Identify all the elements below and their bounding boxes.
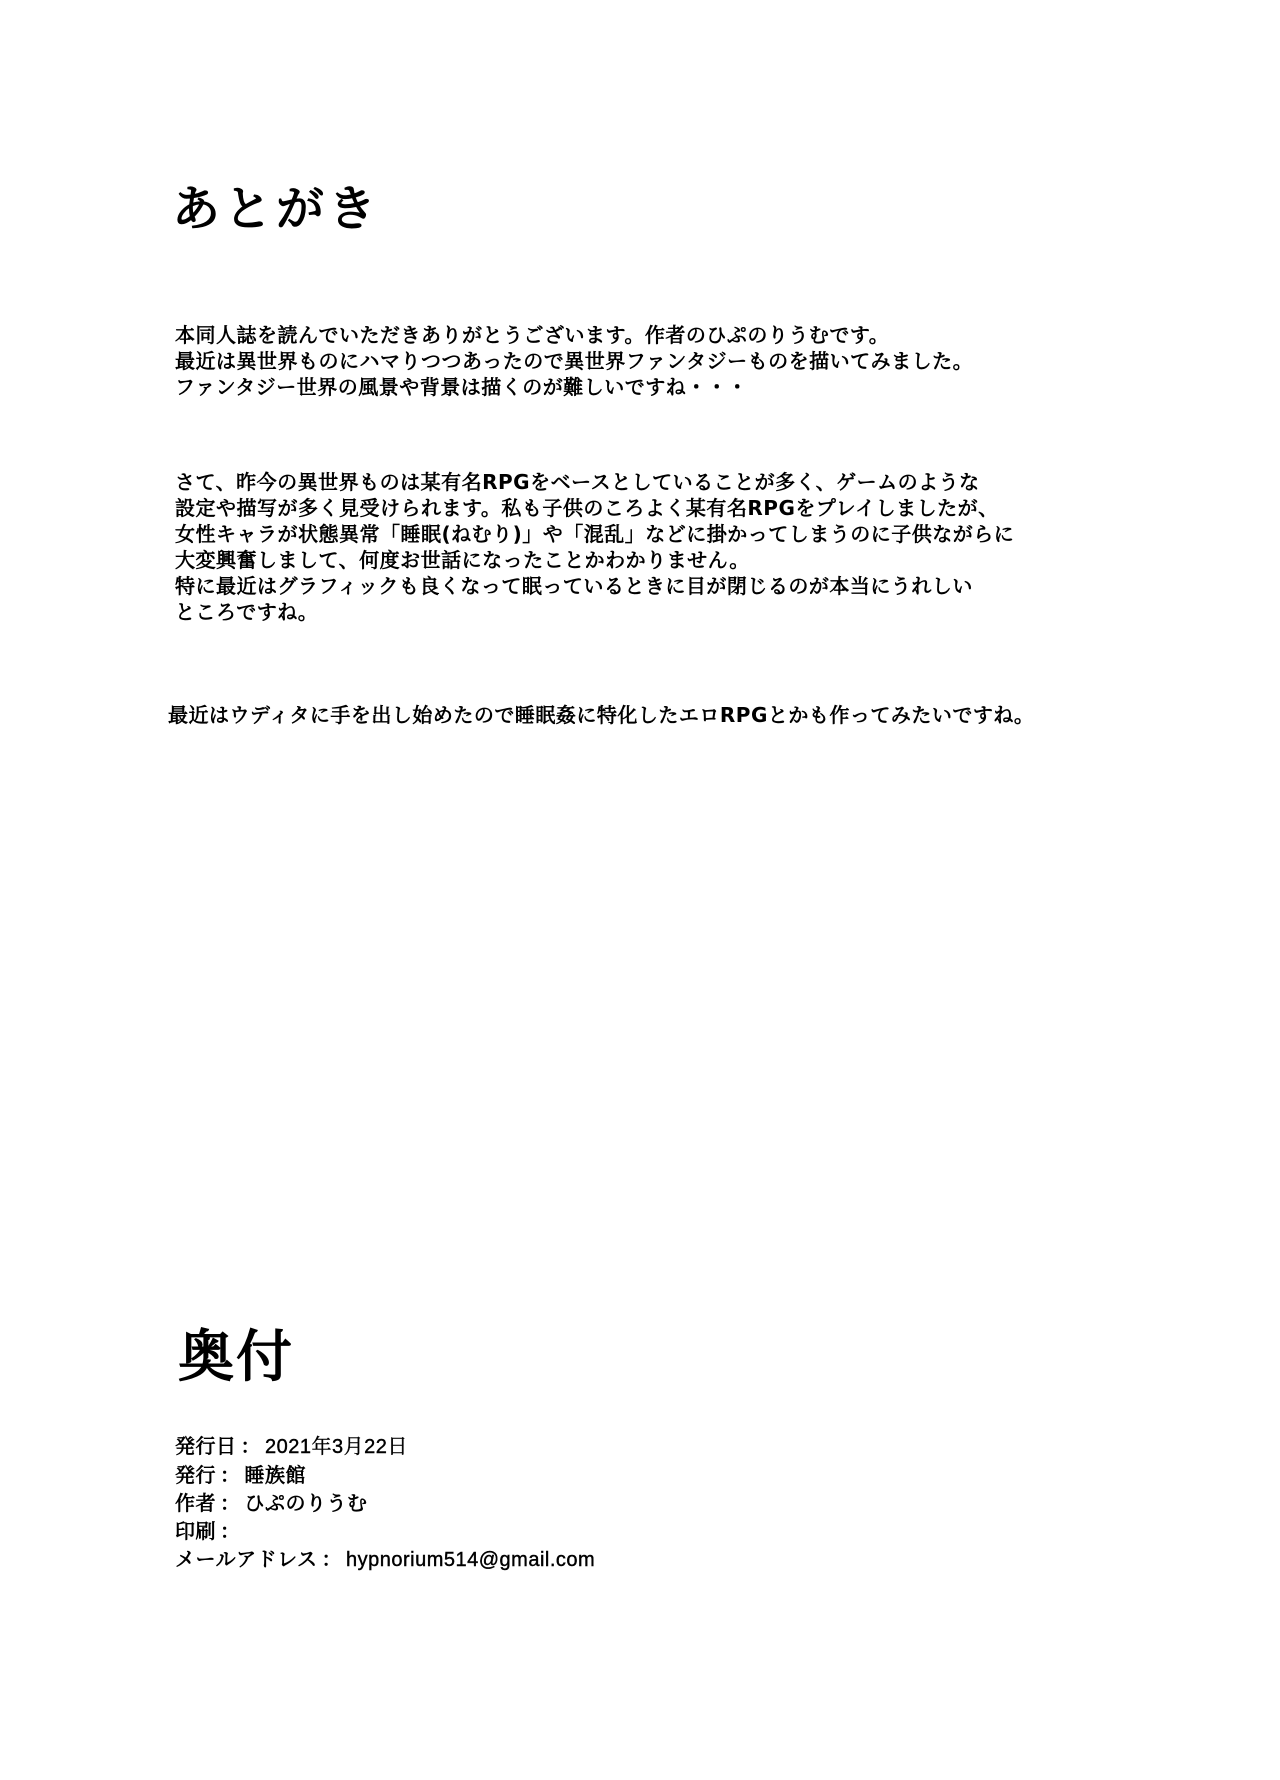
email-address: hypnorium514@gmail.com: [346, 1549, 595, 1571]
afterword-heading: あとがき: [172, 185, 380, 233]
text-line: ファンタジー世界の風景や背景は描くのが難しいですね・・・: [175, 374, 973, 400]
text-line: 本同人誌を読んでいただきありがとうございます。作者のひぷのりうむです。: [175, 322, 973, 348]
colophon-row-printer: 印刷：: [175, 1517, 595, 1545]
text-line: ところですね。: [175, 599, 1014, 625]
colophon-row-email: メールアドレス：hypnorium514@gmail.com: [175, 1545, 595, 1574]
afterword-paragraph-closing: 最近はウディタに手を出し始めたので睡眠姦に特化したエロRPGとかも作ってみたいで…: [168, 702, 1034, 728]
colophon-separator: ：: [220, 1517, 241, 1545]
text-line: さて、昨今の異世界ものは某有名RPGをベースとしていることが多く、ゲームのような: [175, 469, 1014, 495]
text-line: 最近は異世界ものにハマりつつあったので異世界ファンタジーものを描いてみました。: [175, 348, 973, 374]
colophon-value: 睡族館: [245, 1463, 307, 1487]
colophon-label: メールアドレス: [175, 1547, 318, 1571]
colophon-separator: ：: [220, 1461, 241, 1489]
colophon-details: 発行日：2021年3月22日 発行：睡族館 作者：ひぷのりうむ 印刷： メールア…: [175, 1432, 595, 1574]
colophon-row-publisher: 発行：睡族館: [175, 1461, 595, 1489]
colophon-separator: ：: [241, 1432, 262, 1460]
afterword-paragraph-rpg: さて、昨今の異世界ものは某有名RPGをベースとしていることが多く、ゲームのような…: [175, 469, 1014, 625]
document-page: あとがき 本同人誌を読んでいただきありがとうございます。作者のひぷのりうむです。…: [0, 0, 1280, 1780]
colophon-label: 発行日: [175, 1434, 237, 1458]
text-line: 大変興奮しまして、何度お世話になったことかわかりません。: [175, 547, 1014, 573]
text-line: 最近はウディタに手を出し始めたので睡眠姦に特化したエロRPGとかも作ってみたいで…: [168, 702, 1034, 728]
colophon-row-author: 作者：ひぷのりうむ: [175, 1489, 595, 1517]
colophon-separator: ：: [322, 1545, 343, 1573]
colophon-row-publish-date: 発行日：2021年3月22日: [175, 1432, 595, 1461]
colophon-value: 2021年3月22日: [265, 1436, 408, 1458]
afterword-paragraph-greeting: 本同人誌を読んでいただきありがとうございます。作者のひぷのりうむです。 最近は異…: [175, 322, 973, 400]
colophon-heading: 奥付: [178, 1330, 294, 1386]
colophon-label: 発行: [175, 1463, 216, 1487]
colophon-value: ひぷのりうむ: [245, 1491, 368, 1515]
text-line: 特に最近はグラフィックも良くなって眠っているときに目が閉じるのが本当にうれしい: [175, 573, 1014, 599]
colophon-label: 印刷: [175, 1519, 216, 1543]
text-line: 設定や描写が多く見受けられます。私も子供のころよく某有名RPGをプレイしましたが…: [175, 495, 1014, 521]
colophon-label: 作者: [175, 1491, 216, 1515]
colophon-separator: ：: [220, 1489, 241, 1517]
text-line: 女性キャラが状態異常「睡眠(ねむり)」や「混乱」などに掛かってしまうのに子供なが…: [175, 521, 1014, 547]
